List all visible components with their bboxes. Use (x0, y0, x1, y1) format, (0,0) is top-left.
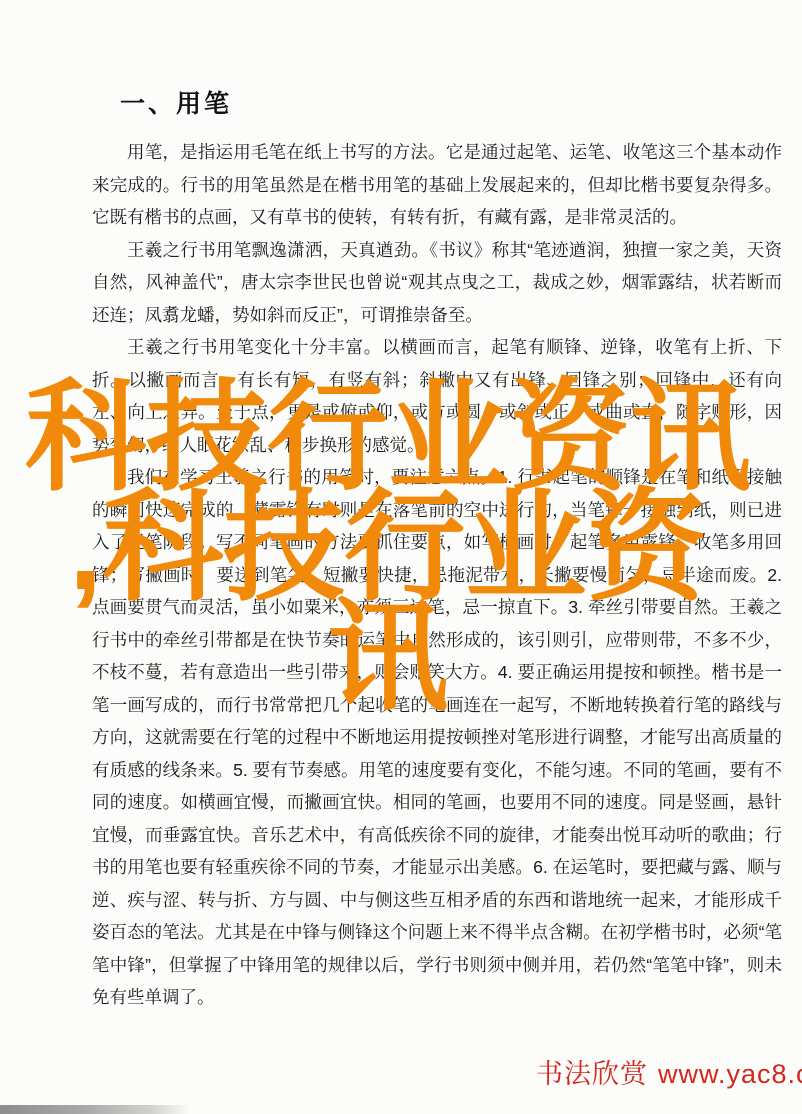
paragraph-3: 王羲之行书用笔变化十分丰富。以横画而言，起笔有顺锋、逆锋，收笔有上折、下折。以撇… (92, 331, 782, 461)
document-body: 一、用笔 用笔，是指运用毛笔在纸上书写的方法。它是通过起笔、运笔、收笔这三个基本… (92, 84, 782, 1014)
paragraph-2: 王羲之行书用笔飘逸潇洒，天真遒劲。《书议》称其“笔迹遒润，独擅一家之美，天资自然… (92, 234, 782, 332)
footer-site-name: 书法欣赏 (536, 1059, 648, 1089)
paragraph-4: 我们在学习王羲之行书的用笔时，要注意六点。1. 行书起笔的顺锋是在笔和纸相接触的… (92, 461, 782, 1014)
scan-edge-artifact (0, 1105, 190, 1114)
footer-site-credit: 书法欣赏www.yac8.com (536, 1052, 802, 1091)
scanned-document-page: 一、用笔 用笔，是指运用毛笔在纸上书写的方法。它是通过起笔、运笔、收笔这三个基本… (0, 0, 802, 1114)
footer-site-url: www.yac8.com (658, 1059, 802, 1089)
section-title: 一、用笔 (120, 84, 782, 120)
paragraph-1: 用笔，是指运用毛笔在纸上书写的方法。它是通过起笔、运笔、收笔这三个基本动作来完成… (92, 136, 782, 234)
body-paragraphs: 用笔，是指运用毛笔在纸上书写的方法。它是通过起笔、运笔、收笔这三个基本动作来完成… (92, 136, 782, 1014)
